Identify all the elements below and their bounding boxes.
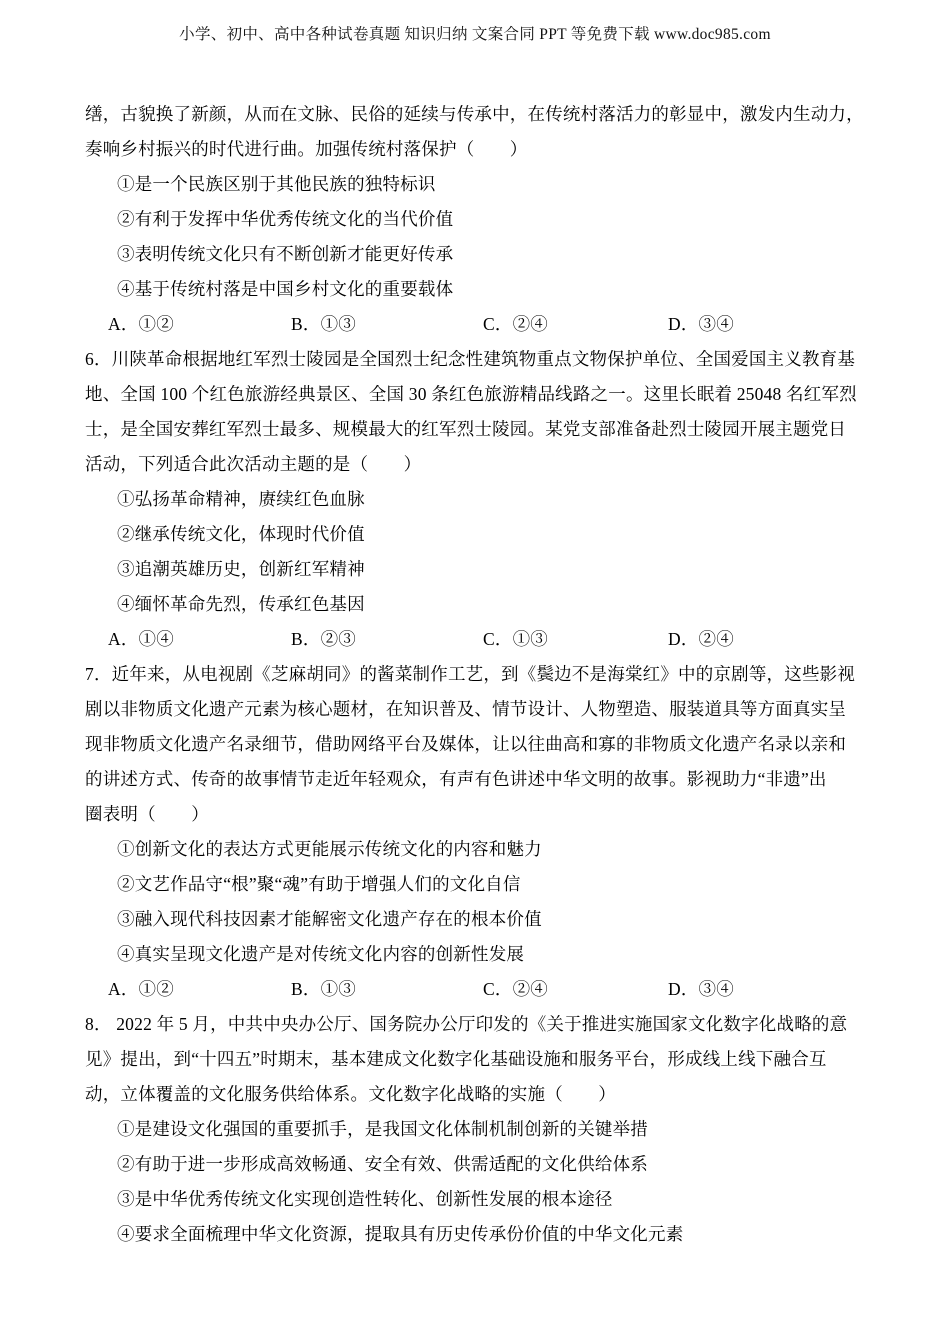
statement-item-4: ④基于传统村落是中国乡村文化的重要载体 [85,272,867,307]
question-stem-line: 7．近年来，从电视剧《芝麻胡同》的酱菜制作工艺，到《鬓边不是海棠红》中的京剧等，… [85,657,867,692]
statement-item-2: ②继承传统文化，体现时代价值 [85,517,867,552]
question-stem-line: 8． 2022 年 5 月，中共中央办公厅、国务院办公厅印发的《关于推进实施国家… [85,1007,867,1042]
statement-item-1: ①创新文化的表达方式更能展示传统文化的内容和魅力 [85,832,867,867]
question-6: 6．川陕革命根据地红军烈士陵园是全国烈士纪念性建筑物重点文物保护单位、全国爱国主… [85,342,867,657]
option-d: D．③④ [668,307,867,342]
question-stem-line: 圈表明（ ） [85,797,867,832]
question-stem-line: 见》提出，到“十四五”时期末，基本建成文化数字化基础设施和服务平台，形成线上线下… [85,1042,867,1077]
option-d: D．②④ [668,622,867,657]
options-row: A．①② B．①③ C．②④ D．③④ [85,307,867,342]
option-b: B．①③ [291,307,483,342]
question-8: 8． 2022 年 5 月，中共中央办公厅、国务院办公厅印发的《关于推进实施国家… [85,1007,867,1252]
options-row: A．①② B．①③ C．②④ D．③④ [85,972,867,1007]
statement-item-3: ③是中华优秀传统文化实现创造性转化、创新性发展的根本途径 [85,1182,867,1217]
question-stem-line: 地、全国 100 个红色旅游经典景区、全国 30 条红色旅游精品线路之一。这里长… [85,377,867,412]
question-stem-line: 奏响乡村振兴的时代进行曲。加强传统村落保护（ ） [85,132,867,167]
option-a: A．①④ [108,622,291,657]
statement-item-1: ①是一个民族区别于其他民族的独特标识 [85,167,867,202]
statement-item-1: ①弘扬革命精神，赓续红色血脉 [85,482,867,517]
question-stem-line: 动，立体覆盖的文化服务供给体系。文化数字化战略的实施（ ） [85,1077,867,1112]
question-stem-line: 6．川陕革命根据地红军烈士陵园是全国烈士纪念性建筑物重点文物保护单位、全国爱国主… [85,342,867,377]
option-d: D．③④ [668,972,867,1007]
option-c: C．②④ [483,307,668,342]
statement-item-2: ②有助于进一步形成高效畅通、安全有效、供需适配的文化供给体系 [85,1147,867,1182]
question-stem-line: 现非物质文化遗产名录细节，借助网络平台及媒体，让以往曲高和寡的非物质文化遗产名录… [85,727,867,762]
question-stem-line: 士，是全国安葬红军烈士最多、规模最大的红军烈士陵园。某党支部准备赴烈士陵园开展主… [85,412,867,447]
statement-item-4: ④要求全面梳理中华文化资源，提取具有历史传承份价值的中华文化元素 [85,1217,867,1252]
option-a: A．①② [108,307,291,342]
question-stem-line: 的讲述方式、传奇的故事情节走近年轻观众，有声有色讲述中华文明的故事。影视助力“非… [85,762,867,797]
statement-item-4: ④真实呈现文化遗产是对传统文化内容的创新性发展 [85,937,867,972]
option-b: B．②③ [291,622,483,657]
question-stem-line: 剧以非物质文化遗产元素为核心题材，在知识普及、情节设计、人物塑造、服装道具等方面… [85,692,867,727]
options-row: A．①④ B．②③ C．①③ D．②④ [85,622,867,657]
option-c: C．①③ [483,622,668,657]
question-7: 7．近年来，从电视剧《芝麻胡同》的酱菜制作工艺，到《鬓边不是海棠红》中的京剧等，… [85,657,867,1007]
statement-item-2: ②文艺作品守“根”聚“魂”有助于增强人们的文化自信 [85,867,867,902]
statement-item-1: ①是建设文化强国的重要抓手，是我国文化体制机制创新的关键举措 [85,1112,867,1147]
statement-item-2: ②有利于发挥中华优秀传统文化的当代价值 [85,202,867,237]
statement-item-3: ③追潮英雄历史，创新红军精神 [85,552,867,587]
statement-item-3: ③融入现代科技因素才能解密文化遗产存在的根本价值 [85,902,867,937]
question-5-continued: 缮，古貌换了新颜，从而在文脉、民俗的延续与传承中，在传统村落活力的彰显中，激发内… [85,97,867,342]
question-stem-line: 缮，古貌换了新颜，从而在文脉、民俗的延续与传承中，在传统村落活力的彰显中，激发内… [85,97,867,132]
document-content: 缮，古貌换了新颜，从而在文脉、民俗的延续与传承中，在传统村落活力的彰显中，激发内… [85,97,867,1252]
statement-item-3: ③表明传统文化只有不断创新才能更好传承 [85,237,867,272]
option-a: A．①② [108,972,291,1007]
option-b: B．①③ [291,972,483,1007]
question-stem-line: 活动，下列适合此次活动主题的是（ ） [85,447,867,482]
statement-item-4: ④缅怀革命先烈，传承红色基因 [85,587,867,622]
option-c: C．②④ [483,972,668,1007]
site-watermark-header: 小学、初中、高中各种试卷真题 知识归纳 文案合同 PPT 等免费下载 www.d… [0,22,950,44]
